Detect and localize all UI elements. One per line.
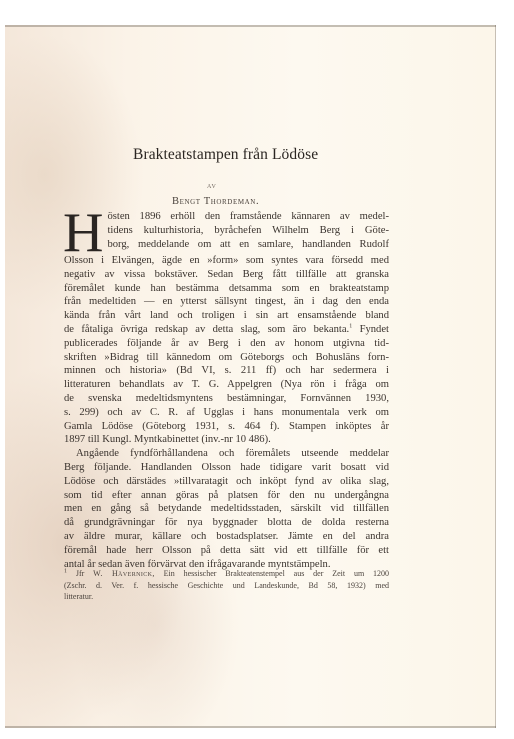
footnote-prefix: Jfr xyxy=(76,569,84,578)
text-line: av äldre murar, källare och bostadsplats… xyxy=(64,530,389,544)
text-line: skriften »Bidrag till kännedom om Götebo… xyxy=(64,351,389,365)
byline-av: AV xyxy=(207,184,217,190)
footnote-text-1: Ein hessischer Brakteatenstempel aus der… xyxy=(164,569,389,578)
dropcap-lines: östen 1896 erhöll den framstående kännar… xyxy=(107,210,389,251)
drop-cap: H xyxy=(63,212,103,254)
footnote-author: W. Hävernick, xyxy=(93,569,155,578)
text-line: 1897 till Kungl. Myntkabinettet (inv.-nr… xyxy=(64,433,389,447)
footnote-marker: 1 xyxy=(64,568,67,574)
text-line: Lödöse och därstädes »tillvaratagit och … xyxy=(64,475,389,489)
footnote: 1 Jfr W. Hävernick, Ein hessischer Brakt… xyxy=(64,568,389,603)
text-line: Berg följande. Handlanden Olsson hade ti… xyxy=(64,461,389,475)
article-title: Brakteatstampen från Lödöse xyxy=(133,146,318,164)
paragraph-1-lines: Olsson i Elvängen, ägde en »form» som sy… xyxy=(64,254,389,447)
text-line: Angående fyndförhållandena och föremålet… xyxy=(64,447,389,461)
text-line: s. 299) och av C. R. af Ugglas i hans mo… xyxy=(64,406,389,420)
text-line: Olsson i Elvängen, ägde en »form» som sy… xyxy=(64,254,389,268)
text-line: negativ av vissa bokstäver. Sedan Berg f… xyxy=(64,268,389,282)
text-line: de svenska medeltidsmyntens bestämningar… xyxy=(64,392,389,406)
text-line: litteraturen behandlats av T. G. Appelgr… xyxy=(64,378,389,392)
text-line: publicerades följande år av Berg i den a… xyxy=(64,337,389,351)
text-line: Gamla Lödöse (Göteborg 1931, s. 464 f). … xyxy=(64,420,389,434)
paragraph-2: Angående fyndförhållandena och föremålet… xyxy=(64,447,389,571)
text-line: borg, meddelande om att en samlare, hand… xyxy=(107,238,389,252)
text-line: tidens kulturhistoria, byråchefen Wilhel… xyxy=(107,224,389,238)
footnote-line-3: litteratur. xyxy=(64,591,389,603)
footnote-line-1: 1 Jfr W. Hävernick, Ein hessischer Brakt… xyxy=(64,568,389,580)
text-line: föremålet kunde han bestämma detsamma so… xyxy=(64,282,389,296)
text-line: minnen och historia» (Bd VI, s. 211 ff) … xyxy=(64,364,389,378)
footnote-line-2: (Zschr. d. Ver. f. hessische Geschichte … xyxy=(64,580,389,592)
text-line: östen 1896 erhöll den framstående kännar… xyxy=(107,210,389,224)
text-line: från medeltiden — en ytterst sällsynt ti… xyxy=(64,295,389,309)
text-line: de fåtaliga övriga redskap av detta slag… xyxy=(64,323,389,337)
paragraph-1: H östen 1896 erhöll den framstående känn… xyxy=(64,210,389,447)
article-body: H östen 1896 erhöll den framstående känn… xyxy=(64,210,389,571)
text-line: som tid efter annan göras på platsen för… xyxy=(64,489,389,503)
footnote-reference[interactable]: 1 xyxy=(349,323,352,329)
text-line: kända från vårt land och troligen i sin … xyxy=(64,309,389,323)
text-line: då grundgrävningar för nya byggnader blo… xyxy=(64,516,389,530)
text-line: föremål hade herr Olsson på detta sätt v… xyxy=(64,544,389,558)
text-line: men en gång så betydande medeltidsstaden… xyxy=(64,502,389,516)
author-name: Bengt Thordeman. xyxy=(172,196,259,207)
